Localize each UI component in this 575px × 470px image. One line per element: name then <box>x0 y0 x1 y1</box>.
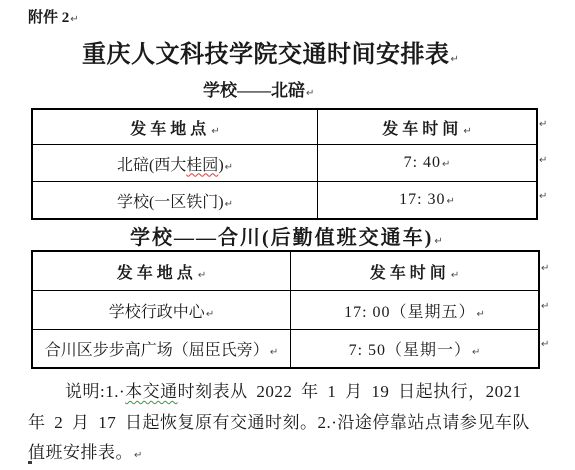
cell-time-friday: 17: 00（星期五）↵ <box>291 291 540 330</box>
table-hechuan: 发车地点↵ 发车时间↵ 学校行政中心↵ 17: 00（星期五）↵ 合川区步步高广… <box>31 250 540 369</box>
cell-location-text: 合川区步步高广场（屈臣氏旁） <box>45 342 269 359</box>
note-text: 年 2 月 17 日起恢复原有交通时刻。2.·沿途停靠站点请参见车队 <box>28 413 530 432</box>
paragraph-mark-icon: ↵ <box>463 126 471 137</box>
paragraph-mark-icon: ↵ <box>477 309 485 320</box>
paragraph-mark-icon: ↵ <box>306 88 314 99</box>
cell-time-beibei: 7: 40↵ <box>318 145 538 182</box>
cell-location-text: ) <box>218 157 223 174</box>
cell-location-bubugao: 合川区步步高广场（屈臣氏旁）↵ <box>32 330 291 369</box>
attachment-label-text: 附件 2 <box>28 10 69 26</box>
cell-time-school-gate: 17: 30↵ <box>318 182 538 220</box>
cell-time-text: 7: 40 <box>404 154 441 171</box>
note-text: 时刻表从 2022 年 1 月 19 日起执行，2021 <box>178 382 522 401</box>
stray-mark <box>28 461 32 464</box>
note-line-1: 说明:1.·本交通时刻表从 2022 年 1 月 19 日起执行，2021 <box>65 377 522 402</box>
doc-title: 重庆人文科技学院交通时间安排表↵ <box>82 34 459 69</box>
paragraph-mark-icon: ↵ <box>225 162 233 173</box>
cell-location-admin-center: 学校行政中心↵ <box>32 291 291 330</box>
paragraph-mark-icon: ↵ <box>198 270 206 281</box>
cell-time-text: 7: 50（星期一） <box>349 342 471 359</box>
attachment-label: 附件 2↵ <box>28 6 79 27</box>
cell-location-text: 学校(一区铁门) <box>117 194 224 211</box>
paragraph-mark-icon: ↵ <box>270 347 278 358</box>
paragraph-mark-icon: ↵ <box>451 270 459 281</box>
table-row: 学校(一区铁门)↵ 17: 30↵ <box>32 182 537 220</box>
doc-title-text: 重庆人文科技学院交通时间安排表 <box>82 42 450 68</box>
paragraph-mark-icon: ↵ <box>451 54 459 65</box>
section-heading-hechuan: 学校——合川(后勤值班交通车)↵ <box>130 221 443 250</box>
column-header-time-text: 发车时间 <box>370 265 450 282</box>
column-header-time-text: 发车时间 <box>382 121 462 138</box>
paragraph-mark-icon: ↵ <box>434 236 442 247</box>
table-row: 发车地点↵ 发车时间↵ <box>32 251 539 291</box>
note-text: 值班安排表。 <box>28 443 133 462</box>
cell-time-monday: 7: 50（星期一）↵ <box>291 330 540 369</box>
row-end-mark-icon: ↵ <box>539 191 547 202</box>
cell-location-beibei: 北碚(西大桂园)↵ <box>32 145 318 182</box>
row-end-mark-icon: ↵ <box>541 263 549 274</box>
column-header-location-text: 发车地点 <box>117 265 197 282</box>
section-heading-beibei: 学校——北碚↵ <box>203 76 314 101</box>
row-end-mark-icon: ↵ <box>539 119 547 130</box>
cell-location-school-gate: 学校(一区铁门)↵ <box>32 182 318 220</box>
column-header-time: 发车时间↵ <box>318 109 538 145</box>
note-line-3: 值班安排表。↵ <box>28 438 142 463</box>
cell-time-text: 17: 30 <box>399 191 445 208</box>
column-header-location-text: 发车地点 <box>130 121 210 138</box>
section-heading-beibei-text: 学校——北碚 <box>203 81 305 100</box>
paragraph-mark-icon: ↵ <box>472 347 480 358</box>
cell-time-text: 17: 00（星期五） <box>344 304 475 321</box>
table-row: 学校行政中心↵ 17: 00（星期五）↵ <box>32 291 539 330</box>
cell-location-text: 学校行政中心 <box>109 304 205 321</box>
table-beibei: 发车地点↵ 发车时间↵ 北碚(西大桂园)↵ 7: 40↵ 学校(一区铁门)↵ 1… <box>31 108 538 220</box>
table-row: 发车地点↵ 发车时间↵ <box>32 109 537 145</box>
paragraph-mark-icon: ↵ <box>442 159 450 170</box>
column-header-time: 发车时间↵ <box>291 251 540 291</box>
paragraph-mark-icon: ↵ <box>70 14 78 25</box>
spellcheck-underline: 桂园 <box>186 157 218 174</box>
table-row: 北碚(西大桂园)↵ 7: 40↵ <box>32 145 537 182</box>
cell-location-text: 北碚(西大 <box>117 157 186 174</box>
row-end-mark-icon: ↵ <box>541 339 549 350</box>
grammar-underline: 本交通 <box>125 382 178 401</box>
column-header-location: 发车地点↵ <box>32 109 318 145</box>
paragraph-mark-icon: ↵ <box>225 199 233 210</box>
document-page: 附件 2↵ 重庆人文科技学院交通时间安排表↵ 学校——北碚↵ 发车地点↵ 发车时… <box>0 0 575 470</box>
table-row: 合川区步步高广场（屈臣氏旁）↵ 7: 50（星期一）↵ <box>32 330 539 369</box>
paragraph-mark-icon: ↵ <box>211 126 219 137</box>
note-line-2: 年 2 月 17 日起恢复原有交通时刻。2.·沿途停靠站点请参见车队 <box>28 408 530 433</box>
row-end-mark-icon: ↵ <box>539 155 547 166</box>
paragraph-mark-icon: ↵ <box>134 450 142 461</box>
paragraph-mark-icon: ↵ <box>206 309 214 320</box>
section-heading-hechuan-text: 学校——合川(后勤值班交通车) <box>130 227 433 249</box>
note-text: 说明:1.· <box>65 382 125 401</box>
paragraph-mark-icon: ↵ <box>447 196 455 207</box>
row-end-mark-icon: ↵ <box>541 301 549 312</box>
column-header-location: 发车地点↵ <box>32 251 291 291</box>
